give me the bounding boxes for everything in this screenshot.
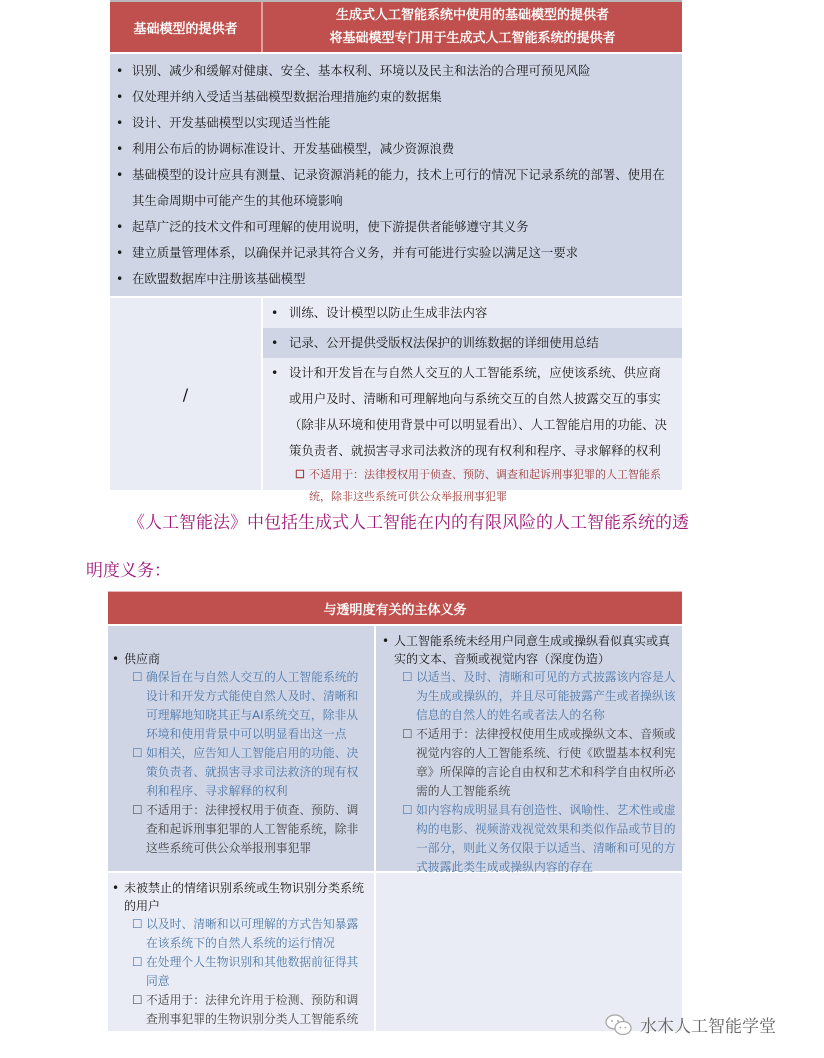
sub-item: ☐如相关，应告知人工智能启用的功能、决策负责者、就损害寻求司法救济的现有权利和程…	[110, 744, 368, 801]
wechat-icon	[604, 1013, 634, 1037]
bullet-icon: •	[116, 266, 132, 292]
table1-header-line1: 生成式人工智能系统中使用的基础模型的提供者	[336, 4, 609, 27]
sub-item: ☐以及时、清晰和以可理解的方式告知暴露在该系统下的自然人系统的运行情况	[110, 915, 368, 953]
checkbox-square-icon: ☐	[132, 953, 146, 991]
sub-item: ☐不适用于：法律授权用于侦查、预防、调查和起诉刑事犯罪的人工智能系统，除非这些系…	[110, 801, 368, 858]
list-item: •设计、开发基础模型以实现适当性能	[110, 110, 682, 136]
generative-obligations: •训练、设计模型以防止生成非法内容 •记录、公开提供受版权法保护的训练数据的详细…	[263, 298, 682, 490]
foundation-model-obligations-table: 基础模型的提供者 生成式人工智能系统中使用的基础模型的提供者 将基础模型专门用于…	[110, 0, 682, 490]
list-item: •训练、设计模型以防止生成非法内容	[263, 298, 682, 328]
watermark: 水木人工智能学堂	[604, 1012, 776, 1037]
emotion-users-cell: •未被禁止的情绪识别系统或生物识别分类系统的用户 ☐以及时、清晰和以可理解的方式…	[108, 873, 376, 1031]
checkbox-square-icon: ☐	[402, 725, 416, 801]
bullet-icon: •	[116, 136, 132, 162]
bullet-icon: •	[116, 58, 132, 84]
table1-header-foundation-provider: 基础模型的提供者	[110, 2, 263, 52]
bullet-icon: •	[116, 214, 132, 240]
empty-cell	[376, 873, 682, 1031]
checkbox-square-icon: ☐	[132, 668, 146, 744]
sub-item: ☐以适当、及时、清晰和可见的方式披露该内容是人为生成或操纵的，并且尽可能披露产生…	[380, 668, 676, 725]
provider-title: 供应商	[124, 650, 368, 668]
checkbox-square-icon: ☐	[402, 801, 416, 877]
table1-header-row: 基础模型的提供者 生成式人工智能系统中使用的基础模型的提供者 将基础模型专门用于…	[110, 0, 682, 52]
checkbox-square-icon: ☐	[132, 915, 146, 953]
deepfake-title: 人工智能系统未经用户同意生成或操纵看似真实或真实的文本、音频或视觉内容（深度伪造…	[394, 632, 676, 668]
table2-row: •供应商 ☐确保旨在与自然人交互的人工智能系统的设计和开发方式能使自然人及时、清…	[108, 624, 682, 871]
checkbox-square-icon: ☐	[132, 744, 146, 801]
not-applicable-cell: /	[110, 298, 263, 490]
list-item: •利用公布后的协调标准设计、开发基础模型，减少资源浪费	[110, 136, 682, 162]
table1-header-generative-provider: 生成式人工智能系统中使用的基础模型的提供者 将基础模型专门用于生成式人工智能系统…	[263, 2, 682, 52]
list-item: •在欧盟数据库中注册该基础模型	[110, 266, 682, 292]
checkbox-square-icon: ☐	[295, 464, 309, 508]
bullet-icon: •	[271, 300, 289, 326]
provider-cell: •供应商 ☐确保旨在与自然人交互的人工智能系统的设计和开发方式能使自然人及时、清…	[108, 626, 376, 871]
sub-item: ☐确保旨在与自然人交互的人工智能系统的设计和开发方式能使自然人及时、清晰和可理解…	[110, 668, 368, 744]
table2-header: 与透明度有关的主体义务	[108, 591, 682, 624]
sub-item: ☐不适用于：法律授权使用生成或操纵文本、音频或视觉内容的人工智能系统、行使《欧盟…	[380, 725, 676, 801]
list-item: •识别、减少和缓解对健康、安全、基本权利、环境以及民主和法治的合理可预见风险	[110, 58, 682, 84]
list-item: •基础模型的设计应具有测量、记录资源消耗的能力，技术上可行的情况下记录系统的部署…	[110, 162, 682, 214]
list-item: •起草广泛的技术文件和可理解的使用说明，使下游提供者能够遵守其义务	[110, 214, 682, 240]
transparency-obligations-table: 与透明度有关的主体义务 •供应商 ☐确保旨在与自然人交互的人工智能系统的设计和开…	[108, 591, 682, 1031]
checkbox-square-icon: ☐	[402, 668, 416, 725]
list-item: •仅处理并纳入受适当基础模型数据治理措施约束的数据集	[110, 84, 682, 110]
bullet-icon: •	[116, 84, 132, 110]
sub-item: ☐不适用于：法律允许用于检测、预防和调查刑事犯罪的生物识别分类人工智能系统	[110, 991, 368, 1029]
list-item: •建立质量管理体系，以确保并记录其符合义务，并有可能进行实验以满足这一要求	[110, 240, 682, 266]
bullet-icon: •	[271, 330, 289, 356]
bullet-icon: •	[116, 110, 132, 136]
deepfake-cell: •人工智能系统未经用户同意生成或操纵看似真实或真实的文本、音频或视觉内容（深度伪…	[376, 626, 682, 871]
bullet-icon: •	[116, 162, 132, 214]
bullet-icon: •	[112, 650, 124, 668]
paragraph-line1: 《人工智能法》中包括生成式人工智能在内的有限风险的人工智能系统的透	[128, 508, 689, 533]
list-item: •设计和开发旨在与自然人交互的人工智能系统，应使该系统、供应商或用户及时、清晰和…	[263, 358, 682, 510]
sub-item: ☐如内容构成明显具有创造性、讽喻性、艺术性或虚构的电影、视频游戏视觉效果和类似作…	[380, 801, 676, 877]
table1-generative-row: / •训练、设计模型以防止生成非法内容 •记录、公开提供受版权法保护的训练数据的…	[110, 296, 682, 490]
bullet-icon: •	[116, 240, 132, 266]
list-item: •记录、公开提供受版权法保护的训练数据的详细使用总结	[263, 328, 682, 358]
table1-header-line2: 将基础模型专门用于生成式人工智能系统的提供者	[329, 27, 615, 50]
sub-item: ☐在处理个人生物识别和其他数据前征得其同意	[110, 953, 368, 991]
checkbox-square-icon: ☐	[132, 801, 146, 858]
bullet-icon: •	[271, 360, 289, 464]
watermark-text: 水木人工智能学堂	[640, 1012, 776, 1037]
paragraph-line2: 明度义务：	[86, 556, 171, 581]
emotion-users-title: 未被禁止的情绪识别系统或生物识别分类系统的用户	[124, 879, 368, 915]
table2-row: •未被禁止的情绪识别系统或生物识别分类系统的用户 ☐以及时、清晰和以可理解的方式…	[108, 871, 682, 1031]
checkbox-square-icon: ☐	[132, 991, 146, 1029]
table1-shared-obligations: •识别、减少和缓解对健康、安全、基本权利、环境以及民主和法治的合理可预见风险 •…	[110, 52, 682, 296]
exception-note: ☐ 不适用于：法律授权用于侦查、预防、调查和起诉刑事犯罪的人工智能系统，除非这些…	[271, 464, 676, 508]
bullet-icon: •	[382, 632, 394, 668]
bullet-icon: •	[112, 879, 124, 915]
